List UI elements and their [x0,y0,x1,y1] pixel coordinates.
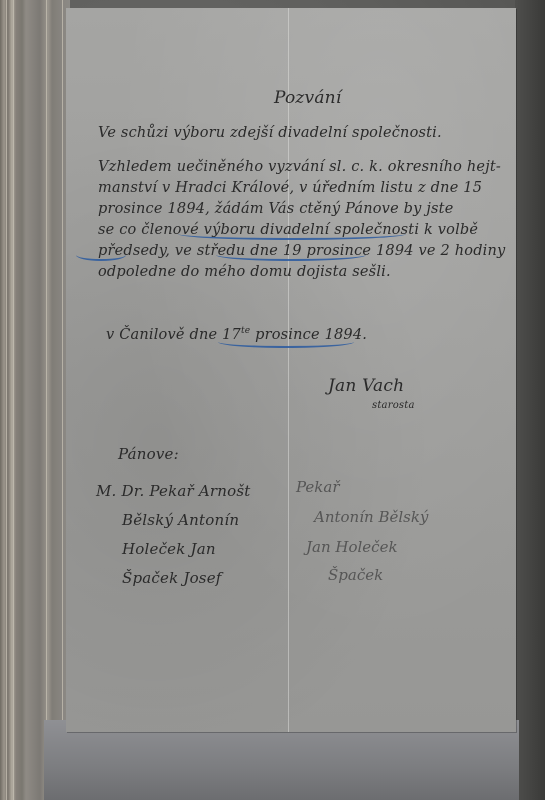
autograph-2: Antonín Bělský [314,508,428,526]
page-fold [288,8,289,732]
recipient-name-4: Špaček Josef [122,569,222,587]
document-title: Pozvání [274,88,341,108]
blue-underline-date [218,342,354,348]
autograph-1: Pekař [296,478,340,496]
date-day: 17 [222,327,241,343]
letter-page: Pozvání Ve schůzi výboru zdejší divadeln… [66,8,516,732]
blue-underline-committee [178,234,406,240]
body-line-1: Vzhledem uečiněného vyzvání sl. c. k. ok… [98,159,501,175]
signature-name: Jan Vach [328,376,404,396]
binding-shadow [515,0,545,800]
body-line-6: odpoledne do mého domu dojista sešli. [98,264,391,280]
recipients-heading: Pánove: [118,445,179,463]
body-line-2: manství v Hradci Králové, v úředním list… [98,180,482,196]
date-line: v Čanilově dne 17te prosince 1894. [106,326,367,343]
blue-underline-meeting-date [216,255,366,261]
autograph-3: Jan Holeček [306,538,398,556]
date-rest: prosince 1894. [255,327,367,343]
salutation: Ve schůzi výboru zdejší divadelní společ… [98,125,442,141]
page-stack-edges [0,0,70,800]
recipient-name-3: Holeček Jan [122,540,216,558]
date-prefix: v Čanilově dne [106,327,217,343]
underlying-sheet [44,720,519,800]
date-day-suffix: te [241,326,250,336]
signature-role: starosta [372,400,415,411]
recipient-name-1: M. Dr. Pekař Arnošt [96,482,250,500]
autograph-4: Špaček [328,566,383,584]
body-line-3: prosince 1894, žádám Vás ctěný Pánove by… [98,201,454,217]
blue-underline-chairman [76,255,126,261]
recipient-name-2: Bělský Antonín [122,511,239,529]
